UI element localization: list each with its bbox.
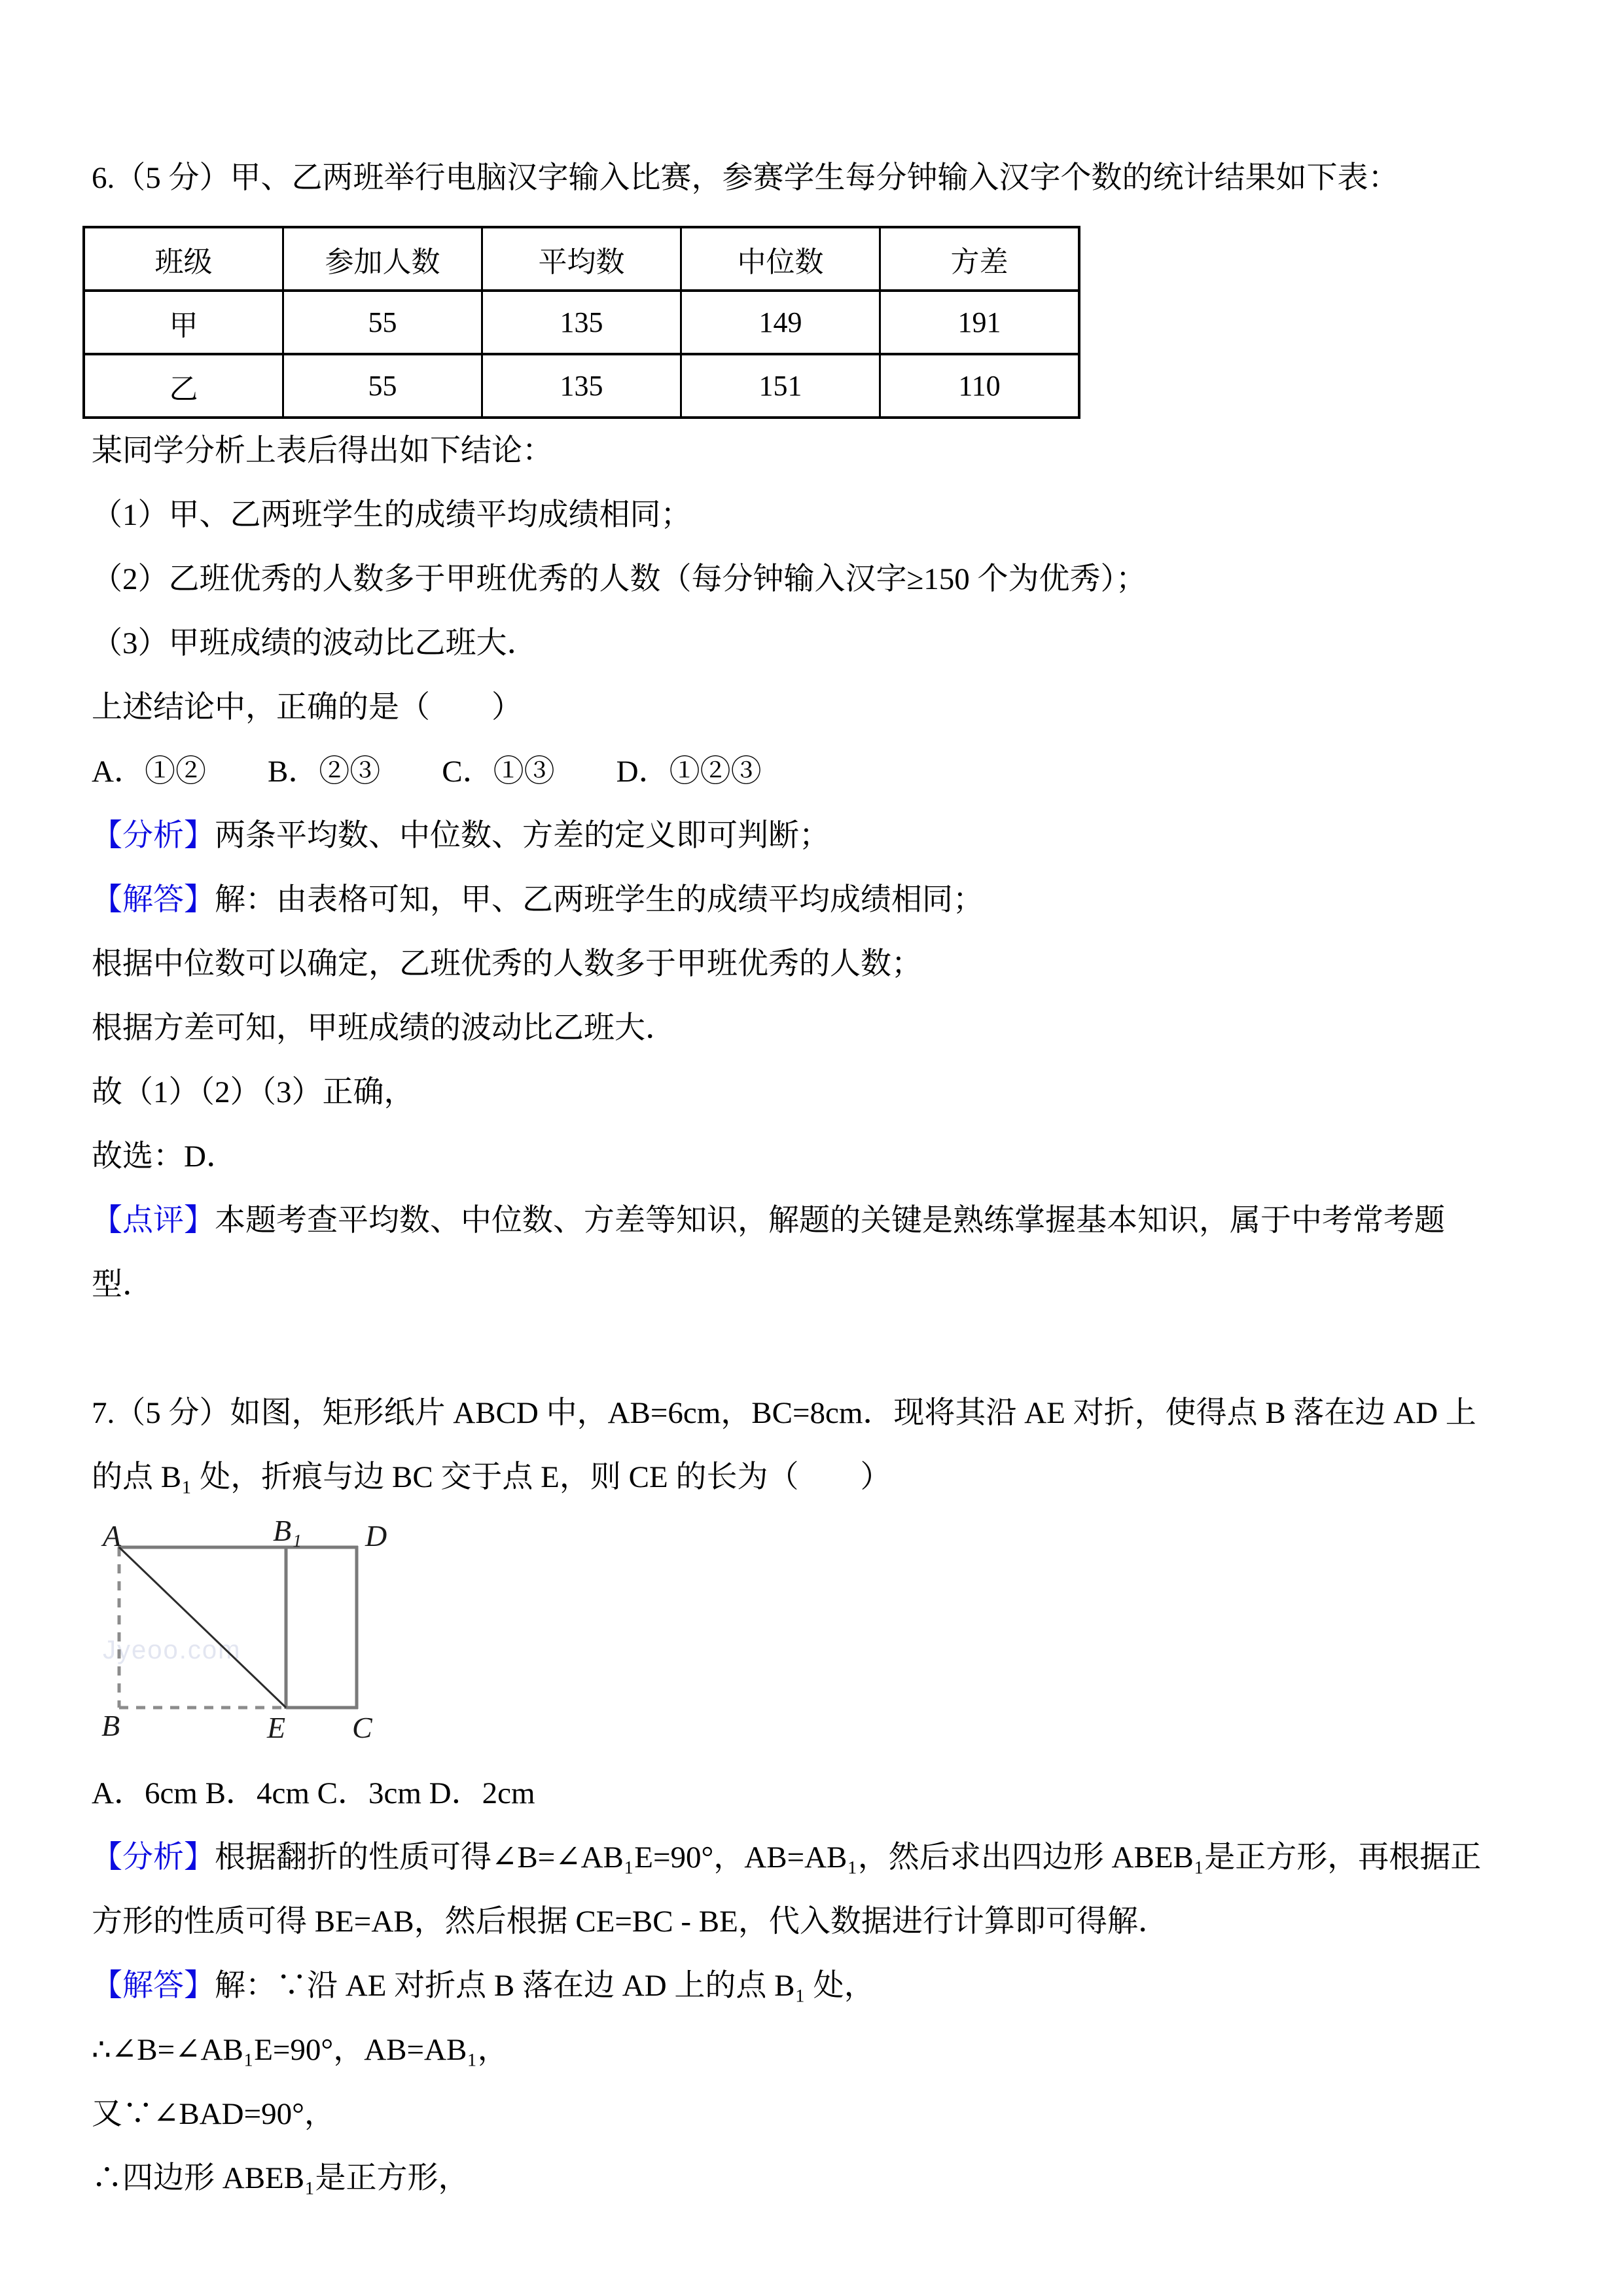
table-cell: 135 bbox=[482, 354, 681, 418]
q7-question-line-2: 的点 B₁ 处，折痕与边 BC 交于点 E，则 CE 的长为（ ） bbox=[92, 1445, 1541, 1509]
table-cell: 55 bbox=[283, 291, 482, 354]
line-text: 7.（5 分）如图，矩形纸片 ABCD 中，AB=6cm，BC=8cm．现将其沿… bbox=[92, 1396, 1476, 1430]
q7-answer-line-1: 【解答】解：∵沿 AE 对折点 B 落在边 AD 上的点 B₁ 处， bbox=[92, 1954, 1541, 2018]
table-header-cell: 参加人数 bbox=[283, 227, 482, 291]
table-header-row: 班级 参加人数 平均数 中位数 方差 bbox=[84, 227, 1079, 291]
q7-answer-line-2: ∴∠B=∠AB₁E=90°，AB=AB₁， bbox=[92, 2018, 1541, 2082]
q7-analysis-line-1: 【分析】根据翻折的性质可得∠B=∠AB₁E=90°，AB=AB₁，然后求出四边形… bbox=[92, 1825, 1541, 1890]
q7-answer-line-4: ∴四边形 ABEB₁是正方形， bbox=[92, 2146, 1541, 2210]
table-header-cell: 中位数 bbox=[681, 227, 880, 291]
table-cell: 甲 bbox=[84, 291, 283, 354]
line-text: 型． bbox=[92, 1268, 153, 1302]
table-row: 乙 55 135 151 110 bbox=[84, 354, 1079, 418]
table-cell: 55 bbox=[283, 354, 482, 418]
table-cell: 149 bbox=[681, 291, 880, 354]
line-text: 根据方差可知，甲班成绩的波动比乙班大． bbox=[92, 1011, 676, 1045]
q6-conclusion-intro: 某同学分析上表后得出如下结论： bbox=[92, 419, 1541, 483]
section-tag: 【解答】 bbox=[92, 883, 215, 917]
q6-conclusion-3: （3）甲班成绩的波动比乙班大． bbox=[92, 611, 1541, 675]
q7-question-line-1: 7.（5 分）如图，矩形纸片 ABCD 中，AB=6cm，BC=8cm．现将其沿… bbox=[92, 1381, 1541, 1445]
blank-line bbox=[92, 1317, 1541, 1381]
section-tag: 【分析】 bbox=[92, 819, 215, 853]
line-text: 故选：D． bbox=[92, 1139, 237, 1174]
table-cell: 191 bbox=[880, 291, 1080, 354]
table-cell: 135 bbox=[482, 291, 681, 354]
q7-answer-line-3: 又∵∠BAD=90°， bbox=[92, 2082, 1541, 2146]
q6-analysis-line: 【分析】两条平均数、中位数、方差的定义即可判断； bbox=[92, 804, 1541, 868]
exam-page: 6.（5 分）甲、乙两班举行电脑汉字输入比赛，参赛学生每分钟输入汉字个数的统计结… bbox=[0, 0, 1623, 2296]
figure-label-B1: B₁ bbox=[273, 1516, 302, 1546]
q6-answer-line-2: 根据中位数可以确定，乙班优秀的人数多于甲班优秀的人数； bbox=[92, 932, 1541, 996]
q6-conclusion-1: （1）甲、乙两班学生的成绩平均成绩相同； bbox=[92, 483, 1541, 547]
line-text: A．6cm B．4cm C．3cm D．2cm bbox=[92, 1776, 535, 1810]
page-content: 6.（5 分）甲、乙两班举行电脑汉字输入比赛，参赛学生每分钟输入汉字个数的统计结… bbox=[92, 0, 1541, 2210]
figure-label-E: E bbox=[267, 1713, 285, 1743]
q7-options-line: A．6cm B．4cm C．3cm D．2cm bbox=[92, 1761, 1541, 1825]
q7-analysis-line-2: 方形的性质可得 BE=AB，然后根据 CE=BC - BE，代入数据进行计算即可… bbox=[92, 1890, 1541, 1954]
line-text: A．①② B．②③ C．①③ D．①②③ bbox=[92, 755, 762, 789]
q6-comment-line-1: 【点评】本题考查平均数、中位数、方差等知识，解题的关键是熟练掌握基本知识，属于中… bbox=[92, 1189, 1541, 1253]
q6-prompt-line: 上述结论中，正确的是（ ） bbox=[92, 675, 1541, 740]
q6-options-line: A．①② B．②③ C．①③ D．①②③ bbox=[92, 740, 1541, 804]
line-text: 某同学分析上表后得出如下结论： bbox=[92, 434, 553, 468]
figure-label-D: D bbox=[365, 1521, 387, 1551]
line-text: （2）乙班优秀的人数多于甲班优秀的人数（每分钟输入汉字≥150 个为优秀）； bbox=[92, 562, 1147, 596]
q6-comment-line-2: 型． bbox=[92, 1253, 1541, 1317]
line-text: 6.（5 分）甲、乙两班举行电脑汉字输入比赛，参赛学生每分钟输入汉字个数的统计结… bbox=[92, 161, 1399, 195]
line-text: 根据翻折的性质可得∠B=∠AB₁E=90°，AB=AB₁，然后求出四边形 ABE… bbox=[215, 1840, 1481, 1874]
figure-label-B: B bbox=[101, 1711, 120, 1741]
q6-answer-line-1: 【解答】解：由表格可知，甲、乙两班学生的成绩平均成绩相同； bbox=[92, 868, 1541, 932]
line-text: 解：∵沿 AE 对折点 B 落在边 AD 上的点 B₁ 处， bbox=[215, 1969, 875, 2003]
table-row: 甲 55 135 149 191 bbox=[84, 291, 1079, 354]
line-text: 故（1）（2）（3）正确， bbox=[92, 1075, 415, 1109]
line-text: 又∵∠BAD=90°， bbox=[92, 2097, 335, 2131]
table-header-cell: 班级 bbox=[84, 227, 283, 291]
line-text: ∴∠B=∠AB₁E=90°，AB=AB₁， bbox=[92, 2033, 508, 2067]
line-text: （1）甲、乙两班学生的成绩平均成绩相同； bbox=[92, 498, 692, 532]
line-text: （3）甲班成绩的波动比乙班大． bbox=[92, 626, 538, 660]
table-cell: 151 bbox=[681, 354, 880, 418]
section-tag: 【解答】 bbox=[92, 1969, 215, 2003]
fold-line-AE bbox=[119, 1547, 286, 1708]
table-header-cell: 方差 bbox=[880, 227, 1080, 291]
geometry-figure: Jyeoo.com A B₁ D B E C bbox=[101, 1516, 416, 1742]
q6-answer-line-5: 故选：D． bbox=[92, 1124, 1541, 1189]
figure-label-C: C bbox=[352, 1713, 372, 1743]
table-cell: 110 bbox=[880, 354, 1080, 418]
section-tag: 【分析】 bbox=[92, 1840, 215, 1874]
q6-conclusion-2: （2）乙班优秀的人数多于甲班优秀的人数（每分钟输入汉字≥150 个为优秀）； bbox=[92, 547, 1541, 611]
line-text: 本题考查平均数、中位数、方差等知识，解题的关键是熟练掌握基本知识，属于中考常考题 bbox=[215, 1204, 1445, 1238]
figure-label-A: A bbox=[103, 1521, 121, 1551]
q6-question-line: 6.（5 分）甲、乙两班举行电脑汉字输入比赛，参赛学生每分钟输入汉字个数的统计结… bbox=[92, 146, 1541, 210]
q6-answer-line-3: 根据方差可知，甲班成绩的波动比乙班大． bbox=[92, 996, 1541, 1060]
line-text: 解：由表格可知，甲、乙两班学生的成绩平均成绩相同； bbox=[215, 883, 984, 917]
section-tag: 【点评】 bbox=[92, 1204, 215, 1238]
line-text: 两条平均数、中位数、方差的定义即可判断； bbox=[215, 819, 830, 853]
q6-answer-line-4: 故（1）（2）（3）正确， bbox=[92, 1060, 1541, 1124]
table-cell: 乙 bbox=[84, 354, 283, 418]
line-text: 方形的性质可得 BE=AB，然后根据 CE=BC - BE，代入数据进行计算即可… bbox=[92, 1905, 1169, 1939]
line-text: 的点 B₁ 处，折痕与边 BC 交于点 E，则 CE 的长为（ ） bbox=[92, 1460, 891, 1494]
line-text: 上述结论中，正确的是（ ） bbox=[92, 691, 522, 725]
table-header-cell: 平均数 bbox=[482, 227, 681, 291]
line-text: ∴四边形 ABEB₁是正方形， bbox=[92, 2161, 469, 2195]
stats-table: 班级 参加人数 平均数 中位数 方差 甲 55 135 149 191 乙 55… bbox=[82, 226, 1080, 419]
line-text: 根据中位数可以确定，乙班优秀的人数多于甲班优秀的人数； bbox=[92, 947, 922, 981]
